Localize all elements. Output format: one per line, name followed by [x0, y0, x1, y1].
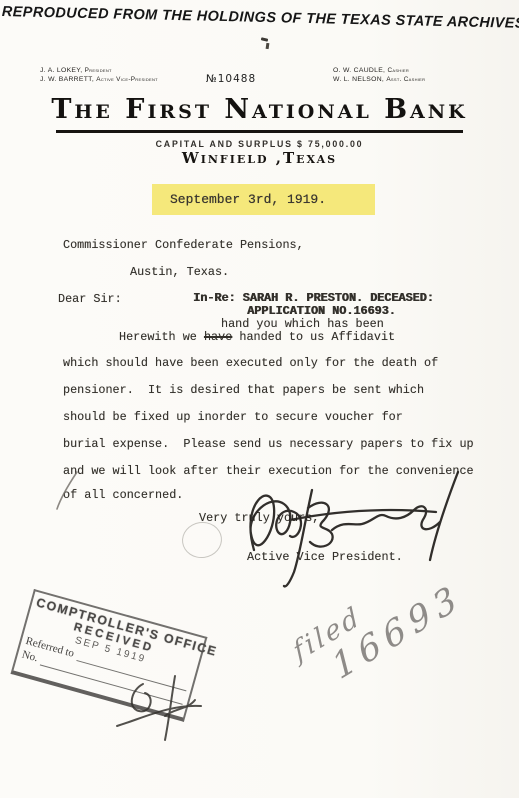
- salutation: Dear Sir:: [58, 292, 122, 306]
- officer-title: Cashier: [387, 67, 409, 74]
- body-text: handed to us Affidavit: [232, 330, 395, 344]
- officer-title: President: [85, 67, 112, 74]
- body-line: which should have been executed only for…: [63, 356, 438, 370]
- officers-right: O. W. CAUDLE, Cashier W. L. NELSON, Asst…: [333, 66, 425, 84]
- recipient-line-2: Austin, Texas.: [130, 265, 229, 279]
- recipient-line-1: Commissioner Confederate Pensions,: [63, 238, 304, 252]
- stamp-no-label: No.: [21, 648, 40, 664]
- reference-line-2: APPLICATION NO.16693.: [247, 304, 396, 318]
- officer-line: O. W. CAUDLE, Cashier: [333, 66, 425, 75]
- pencil-slash-mark: [53, 470, 83, 512]
- reference-line-1: In-Re: SARAH R. PRESTON. DECEASED:: [193, 291, 434, 305]
- body-opening-line: Herewith we have handed to us Affidavit: [119, 330, 395, 344]
- smudge-circle: [180, 519, 225, 560]
- bank-location: Winfield ,Texas: [0, 149, 519, 167]
- capital-surplus-line: CAPITAL AND SURPLUS $ 75,000.00: [0, 139, 519, 149]
- document-page: REPRODUCED FROM THE HOLDINGS OF THE TEXA…: [0, 0, 519, 798]
- officer-name: W. L. NELSON,: [333, 76, 384, 83]
- ink-speck: [266, 43, 270, 49]
- officer-name: O. W. CAUDLE,: [333, 67, 385, 74]
- officer-name: J. W. BARRETT,: [40, 76, 94, 83]
- archive-header: REPRODUCED FROM THE HOLDINGS OF THE TEXA…: [2, 4, 512, 32]
- body-line: burial expense. Please send us necessary…: [63, 437, 474, 451]
- signature-typed-title: Active Vice President.: [247, 550, 403, 564]
- struck-word: have: [204, 330, 232, 344]
- officer-name: J. A. LOKEY,: [40, 67, 82, 74]
- date-line: September 3rd, 1919.: [170, 192, 326, 207]
- body-text: Herewith we: [119, 330, 204, 344]
- body-line: pensioner. It is desired that papers be …: [63, 383, 424, 397]
- date-highlight: September 3rd, 1919.: [152, 184, 375, 215]
- bank-name-underline: [56, 130, 463, 133]
- officer-title: Asst. Cashier: [386, 76, 425, 83]
- body-line: should be fixed up inorder to secure vou…: [63, 410, 403, 424]
- bank-name: The First National Bank: [0, 94, 519, 125]
- handwritten-initials-scrawl: [113, 672, 205, 744]
- ink-speck: [261, 37, 269, 42]
- letterhead-serial-number: №10488: [120, 73, 342, 85]
- officer-line: W. L. NELSON, Asst. Cashier: [333, 75, 425, 84]
- inserted-correction: hand you which has been: [221, 317, 384, 331]
